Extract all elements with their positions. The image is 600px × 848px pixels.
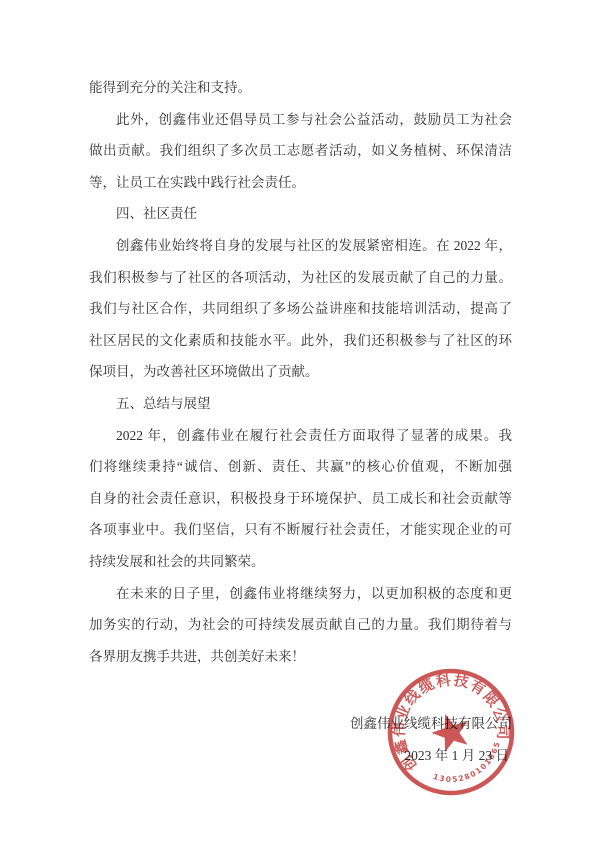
section-heading: 四、社区责任 <box>89 198 512 230</box>
section-heading: 五、总结与展望 <box>89 388 512 420</box>
body-line: 等，让员工在实践中践行社会责任。 <box>89 167 512 199</box>
body-line: 我们与社区合作，共同组织了多场公益讲座和技能培训活动，提高了 <box>89 293 512 325</box>
body-line: 保项目，为改善社区环境做出了贡献。 <box>89 356 512 388</box>
body-line: 各界朋友携手共进，共创美好未来！ <box>89 641 512 673</box>
body-line: 做出贡献。我们组织了多次员工志愿者活动，如义务植树、环保清洁 <box>89 135 512 167</box>
body-line: 各项事业中。我们坚信，只有不断履行社会责任，才能实现企业的可 <box>89 514 512 546</box>
body-line: 我们积极参与了社区的各项活动，为社区的发展贡献了自己的力量。 <box>89 262 512 294</box>
body-line: 社区居民的文化素质和技能水平。此外，我们还积极参与了社区的环 <box>89 325 512 357</box>
signature-date: 2023 年 1 月 23 日 <box>89 740 512 772</box>
body-line: 加务实的行动，为社会的可持续发展贡献自己的力量。我们期待着与 <box>89 609 512 641</box>
body-line: 创鑫伟业始终将自身的发展与社区的发展紧密相连。在 2022 年， <box>89 230 512 262</box>
body-line: 此外，创鑫伟业还倡导员工参与社会公益活动，鼓励员工为社会 <box>89 104 512 136</box>
document-body: 能得到充分的关注和支持。 此外，创鑫伟业还倡导员工参与社会公益活动，鼓励员工为社… <box>89 72 512 771</box>
body-line: 持续发展和社会的共同繁荣。 <box>89 546 512 578</box>
signature-block: 创鑫伟业线缆科技有限公司 2023 年 1 月 23 日 <box>89 708 512 771</box>
signature-company-name: 创鑫伟业线缆科技有限公司 <box>89 708 512 740</box>
document-page: 能得到充分的关注和支持。 此外，创鑫伟业还倡导员工参与社会公益活动，鼓励员工为社… <box>0 0 600 848</box>
body-line: 能得到充分的关注和支持。 <box>89 72 512 104</box>
body-line: 自身的社会责任意识，积极投身于环境保护、员工成长和社会贡献等 <box>89 483 512 515</box>
body-line: 2022 年，创鑫伟业在履行社会责任方面取得了显著的成果。我 <box>89 420 512 452</box>
body-line: 们将继续秉持“诚信、创新、责任、共赢”的核心价值观，不断加强 <box>89 451 512 483</box>
body-line: 在未来的日子里，创鑫伟业将继续努力，以更加积极的态度和更 <box>89 578 512 610</box>
